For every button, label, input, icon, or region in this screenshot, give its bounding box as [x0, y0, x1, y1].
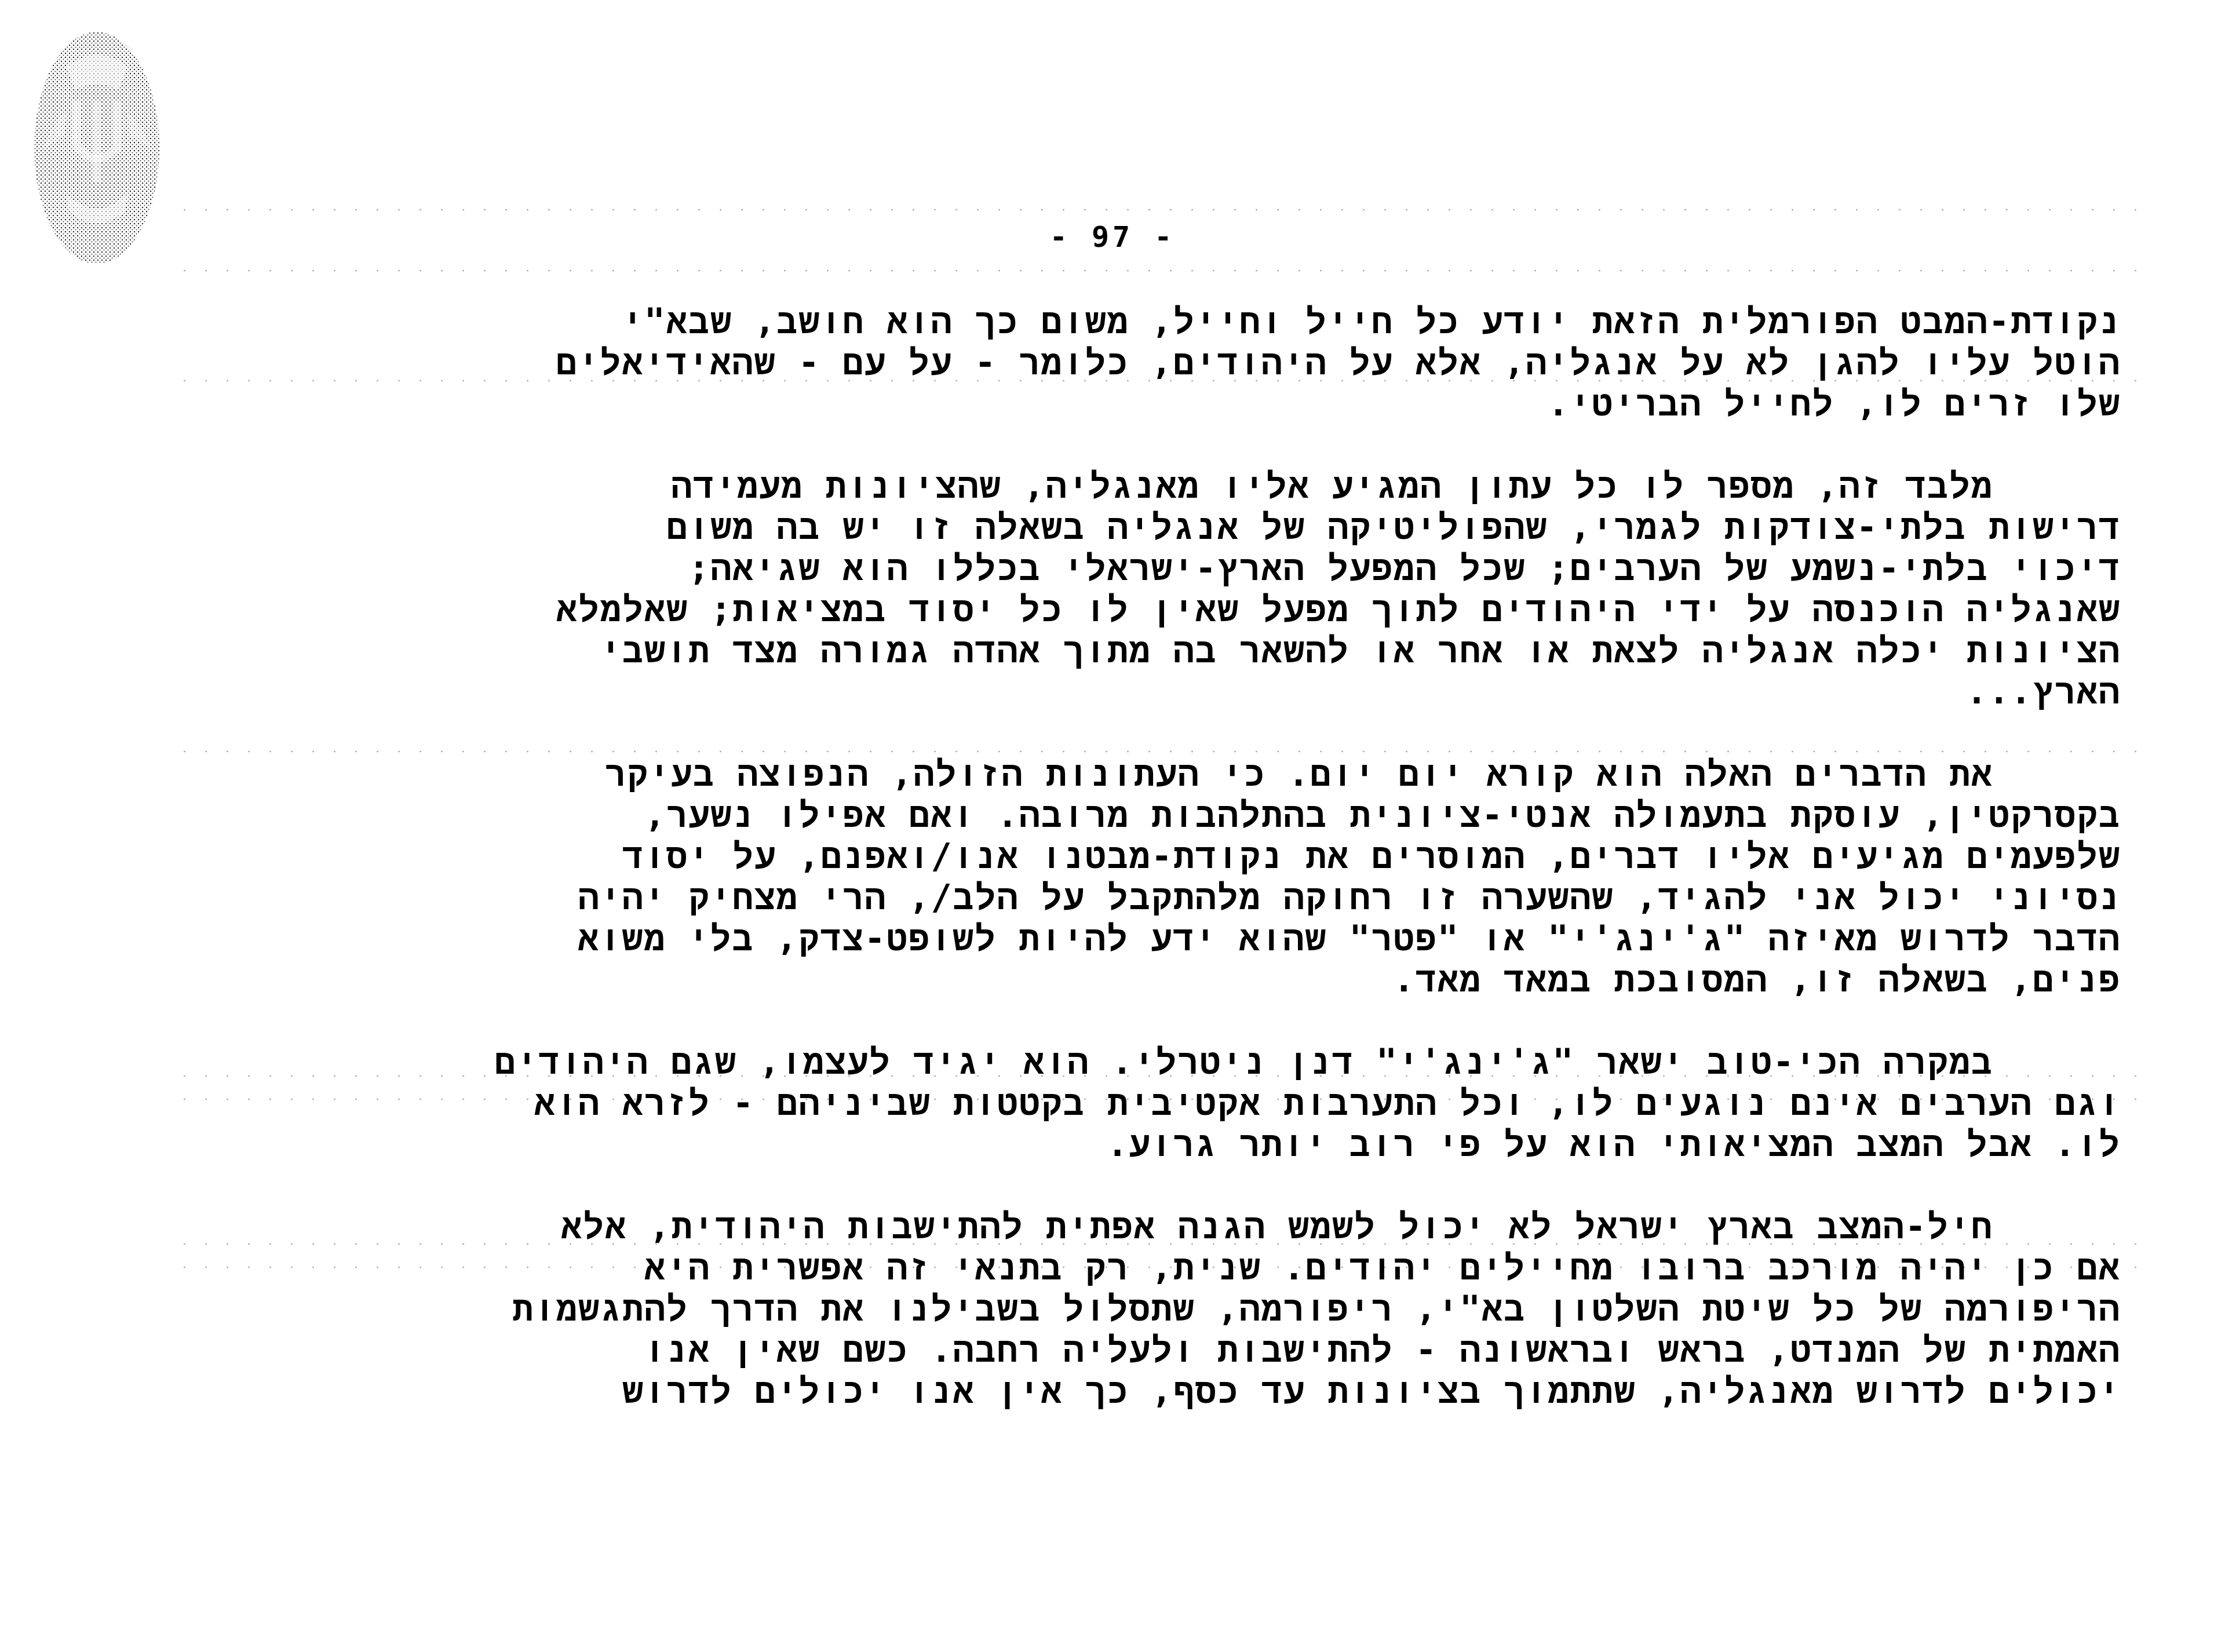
text-line: וגם הערבים אינם נוגעים לו, וכל התערבות א… — [139, 1083, 2121, 1124]
text-line: הדבר לדרוש מאיזה "ג'ינג'י" או "פטר" שהוא… — [139, 918, 2121, 960]
text-line: במקרה הכי-טוב ישאר "ג'ינג'י" דנן ניטרלי.… — [139, 1042, 2121, 1083]
scan-noise — [174, 206, 2144, 216]
text-line: דרישות בלתי-צודקות לגמרי, שהפוליטיקה של … — [139, 507, 2121, 548]
text-line: חיל-המצב בארץ ישראל לא יכול לשמש הגנה אפ… — [139, 1206, 2121, 1248]
text-line: הוטל עליו להגן לא על אנגליה, אלא על היהו… — [139, 342, 2121, 384]
paragraph: נקודת-המבט הפורמלית הזאת יודע כל חייל וח… — [139, 301, 2121, 425]
text-line: את הדברים האלה הוא קורא יום יום. כי העתו… — [139, 754, 2121, 795]
paragraph: במקרה הכי-טוב ישאר "ג'ינג'י" דנן ניטרלי.… — [139, 1042, 2121, 1165]
text-line: אם כן יהיה מורכב ברובו מחיילים יהודים. ש… — [139, 1248, 2121, 1289]
text-line: בקסרקטין, עוסקת בתעמולה אנטי-ציונית בהתל… — [139, 795, 2121, 836]
text-line: הציונות יכלה אנגליה לצאת או אחר או להשאר… — [139, 630, 2121, 672]
paragraph: חיל-המצב בארץ ישראל לא יכול לשמש הגנה אפ… — [139, 1206, 2121, 1412]
text-line: שאנגליה הוכנסה על ידי היהודים לתוך מפעל … — [139, 589, 2121, 630]
text-line: האמתית של המנדט, בראש ובראשונה - להתישבו… — [139, 1330, 2121, 1371]
text-line: לו. אבל המצב המציאותי הוא על פי רוב יותר… — [139, 1124, 2121, 1165]
text-line: נקודת-המבט הפורמלית הזאת יודע כל חייל וח… — [139, 301, 2121, 342]
text-line: הריפורמה של כל שיטת השלטון בא"י, ריפורמה… — [139, 1289, 2121, 1330]
text-line: הארץ... — [139, 672, 2121, 713]
text-line: פנים, בשאלה זו, המסובכת במאד מאד. — [139, 960, 2121, 1001]
page-number: - 97 - — [0, 220, 2225, 254]
text-line: יכולים לדרוש מאנגליה, שתתמוך בציונות עד … — [139, 1371, 2121, 1412]
document-body: נקודת-המבט הפורמלית הזאת יודע כל חייל וח… — [139, 301, 2121, 1453]
scan-noise — [174, 267, 2144, 277]
text-line: נסיוני יכול אני להגיד, שהשערה זו רחוקה מ… — [139, 877, 2121, 918]
text-line: שלפעמים מגיעים אליו דברים, המוסרים את נק… — [139, 836, 2121, 877]
text-line: שלו זרים לו, לחייל הבריטי. — [139, 384, 2121, 425]
paragraph: מלבד זה, מספר לו כל עתון המגיע אליו מאנג… — [139, 466, 2121, 713]
paragraph: את הדברים האלה הוא קורא יום יום. כי העתו… — [139, 754, 2121, 1001]
document-page: - 97 - נקודת-המבט הפורמלית הזאת יודע כל … — [0, 0, 2225, 1652]
text-line: מלבד זה, מספר לו כל עתון המגיע אליו מאנג… — [139, 466, 2121, 507]
text-line: דיכוי בלתי-נשמע של הערבים; שכל המפעל האר… — [139, 548, 2121, 589]
